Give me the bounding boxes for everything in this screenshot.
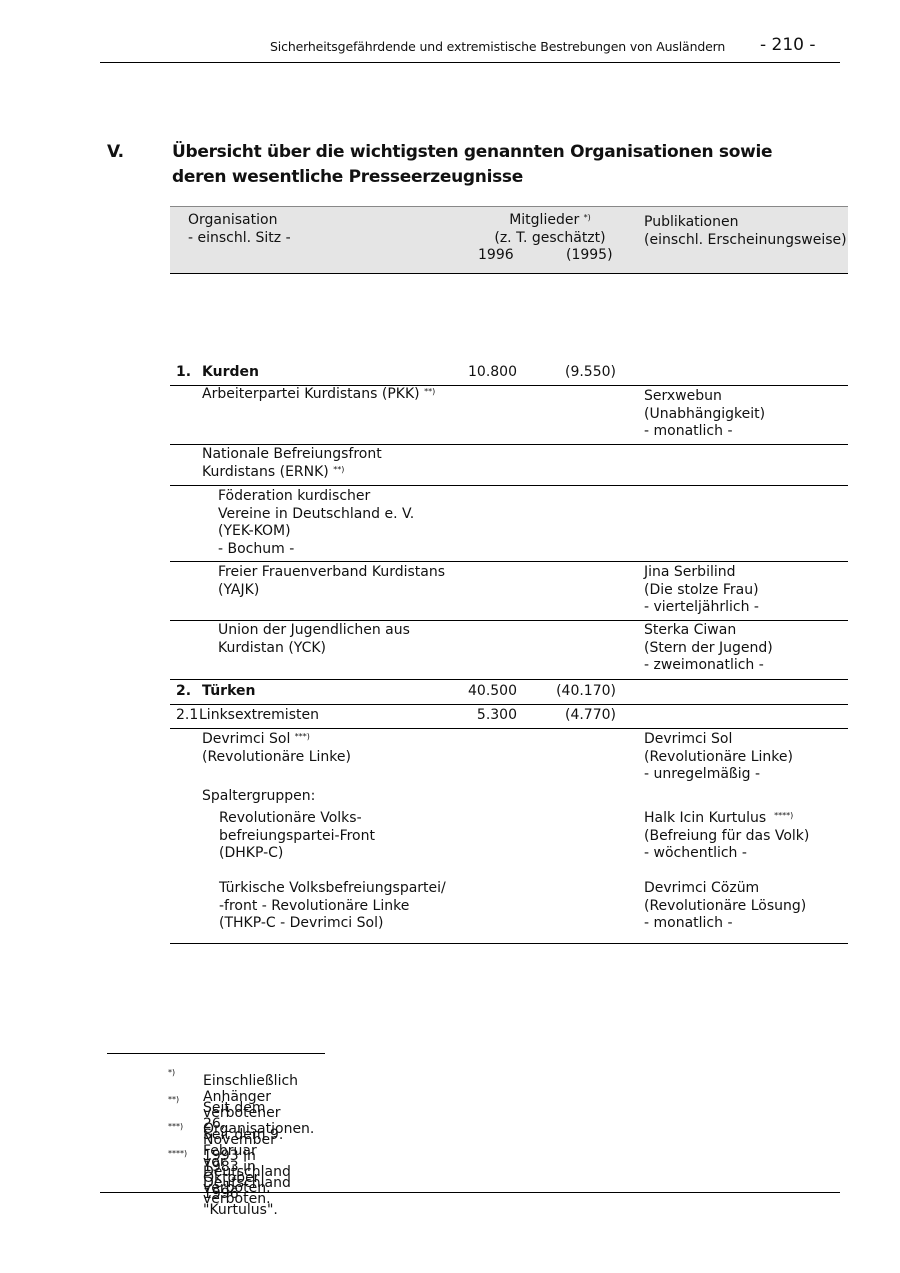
footnote-ref: ***) [295,732,310,741]
publication-line: (Revolutionäre Lösung) [644,898,806,916]
publication-line: Devrimci Cözüm [644,880,806,898]
organisation-cell: Freier Frauenverband Kurdistans(YAJK) [218,564,445,599]
header-line: Organisation [188,212,291,230]
table-row: 1.Kurden10.800(9.550) [170,361,848,386]
organisation-line: Türkische Volksbefreiungspartei/ [219,880,446,898]
page-bottom-rule [100,1192,840,1193]
footnote-mark: **) [168,1095,179,1104]
running-title: Sicherheitsgefährdende und extremistisch… [270,39,725,54]
publication-cell: Devrimci Sol(Revolutionäre Linke)- unreg… [644,731,793,784]
organisation-line: (DHKP-C) [219,845,375,863]
table-row: Türkische Volksbefreiungspartei/-front -… [170,873,848,944]
header-line: (z. T. geschätzt) [460,230,640,248]
organisation-line: Türken [202,683,255,701]
organisation-line: (Revolutionäre Linke) [202,749,351,767]
column-header-members: Mitglieder *) (z. T. geschätzt) 1996 (19… [460,212,640,265]
table-row: Revolutionäre Volks-befreiungspartei-Fro… [170,810,848,873]
footnote-mark: *) [168,1068,175,1077]
organisation-cell: Kurden [202,364,259,382]
row-number: 2.1 [176,707,198,725]
column-header-publications: Publikationen (einschl. Erscheinungsweis… [644,214,847,249]
table-row: Föderation kurdischerVereine in Deutschl… [170,485,848,562]
page-number: - 210 - [760,35,816,55]
table-row: Devrimci Sol ***)(Revolutionäre Linke)De… [170,728,848,788]
footnote-divider [107,1053,325,1054]
header-line: (einschl. Erscheinungsweise) [644,232,847,250]
table-row: 2.Türken40.500(40.170) [170,679,848,705]
publication-line: - zweimonatlich - [644,657,773,675]
publication-line: - monatlich - [644,423,765,441]
organisation-cell: Spaltergruppen: [202,788,315,806]
table-row: Spaltergruppen: [170,788,848,810]
organisations-table: Organisation - einschl. Sitz - Mitgliede… [170,206,848,274]
publication-line: Sterka Ciwan [644,622,773,640]
header-line: - einschl. Sitz - [188,230,291,248]
organisation-line: Kurdistans (ERNK) **) [202,464,382,482]
publication-cell: Devrimci Cözüm(Revolutionäre Lösung)- mo… [644,880,806,933]
table-row: Union der Jugendlichen ausKurdistan (YCK… [170,620,848,680]
table-row: Arbeiterpartei Kurdistans (PKK) **)Serxw… [170,385,848,445]
header-line: Publikationen [644,214,847,232]
organisation-line: Devrimci Sol ***) [202,731,351,749]
row-number: 2. [176,683,191,701]
year-1995: (1995) [566,247,613,265]
organisation-line: befreiungspartei-Front [219,828,375,846]
members-1996: 10.800 [450,364,517,382]
publication-line: - wöchentlich - [644,845,809,863]
publication-line: (Revolutionäre Linke) [644,749,793,767]
publication-line: - monatlich - [644,915,806,933]
organisation-cell: Türken [202,683,255,701]
publication-cell: Halk Icin Kurtulus****)(Befreiung für da… [644,810,809,863]
organisation-line: Föderation kurdischer [218,488,414,506]
organisation-cell: Nationale BefreiungsfrontKurdistans (ERN… [202,446,382,481]
organisation-line: Kurden [202,364,259,382]
organisation-line: (YEK-KOM) [218,523,414,541]
table-row: Nationale BefreiungsfrontKurdistans (ERN… [170,444,848,486]
organisation-line: Vereine in Deutschland e. V. [218,506,414,524]
organisation-line: (YAJK) [218,582,445,600]
organisation-line: - Bochum - [218,541,414,559]
organisation-cell: Devrimci Sol ***)(Revolutionäre Linke) [202,731,351,766]
organisation-line: Kurdistan (YCK) [218,640,410,658]
footnote-text: vor Oktober 1996 "Kurtulus". [203,1154,278,1218]
organisation-cell: Arbeiterpartei Kurdistans (PKK) **) [202,386,435,404]
organisation-line: Linksextremisten [199,707,319,725]
column-header-organisation: Organisation - einschl. Sitz - [188,212,291,247]
publication-line: - unregelmäßig - [644,766,793,784]
organisation-cell: Linksextremisten [199,707,319,725]
publication-line: (Befreiung für das Volk) [644,828,809,846]
members-1995: (9.550) [540,364,616,382]
footnote-ref: **) [333,465,344,474]
publication-cell: Jina Serbilind(Die stolze Frau)- viertel… [644,564,759,617]
footnote-ref: ****) [774,811,793,820]
publication-line: Serxwebun [644,388,765,406]
members-1995: (40.170) [540,683,616,701]
footnote-ref: *) [584,213,591,222]
organisation-cell: Union der Jugendlichen ausKurdistan (YCK… [218,622,410,657]
publication-line: (Die stolze Frau) [644,582,759,600]
organisation-cell: Revolutionäre Volks-befreiungspartei-Fro… [219,810,375,863]
publication-line: - vierteljährlich - [644,599,759,617]
section-number: V. [107,140,124,165]
publication-line: (Stern der Jugend) [644,640,773,658]
table-header: Organisation - einschl. Sitz - Mitgliede… [170,206,848,274]
year-1996: 1996 [478,247,514,265]
organisation-line: Union der Jugendlichen aus [218,622,410,640]
header-line: Mitglieder [509,212,579,228]
members-1996: 40.500 [450,683,517,701]
organisation-cell: Türkische Volksbefreiungspartei/-front -… [219,880,446,933]
organisation-line: Nationale Befreiungsfront [202,446,382,464]
running-header: Sicherheitsgefährdende und extremistisch… [100,34,840,63]
organisation-line: Spaltergruppen: [202,788,315,806]
organisation-line: Freier Frauenverband Kurdistans [218,564,445,582]
footnote-ref: **) [424,387,435,396]
table-row: Freier Frauenverband Kurdistans(YAJK)Jin… [170,561,848,621]
publication-line: Halk Icin Kurtulus****) [644,810,809,828]
members-1996: 5.300 [450,707,517,725]
publication-line: Devrimci Sol [644,731,793,749]
organisation-line: (THKP-C - Devrimci Sol) [219,915,446,933]
table-row: 2.1Linksextremisten5.300(4.770) [170,704,848,729]
publication-line: Jina Serbilind [644,564,759,582]
organisation-line: -front - Revolutionäre Linke [219,898,446,916]
members-1995: (4.770) [540,707,616,725]
organisation-line: Revolutionäre Volks- [219,810,375,828]
footnote-mark: ****) [168,1149,187,1158]
publication-line: (Unabhängigkeit) [644,406,765,424]
publication-cell: Sterka Ciwan(Stern der Jugend)- zweimona… [644,622,773,675]
section-title: Übersicht über die wichtigsten genannten… [172,140,822,190]
organisation-cell: Föderation kurdischerVereine in Deutschl… [218,488,414,558]
publication-cell: Serxwebun(Unabhängigkeit)- monatlich - [644,388,765,441]
footnote-mark: ***) [168,1122,183,1131]
row-number: 1. [176,364,191,382]
organisation-line: Arbeiterpartei Kurdistans (PKK) **) [202,386,435,404]
